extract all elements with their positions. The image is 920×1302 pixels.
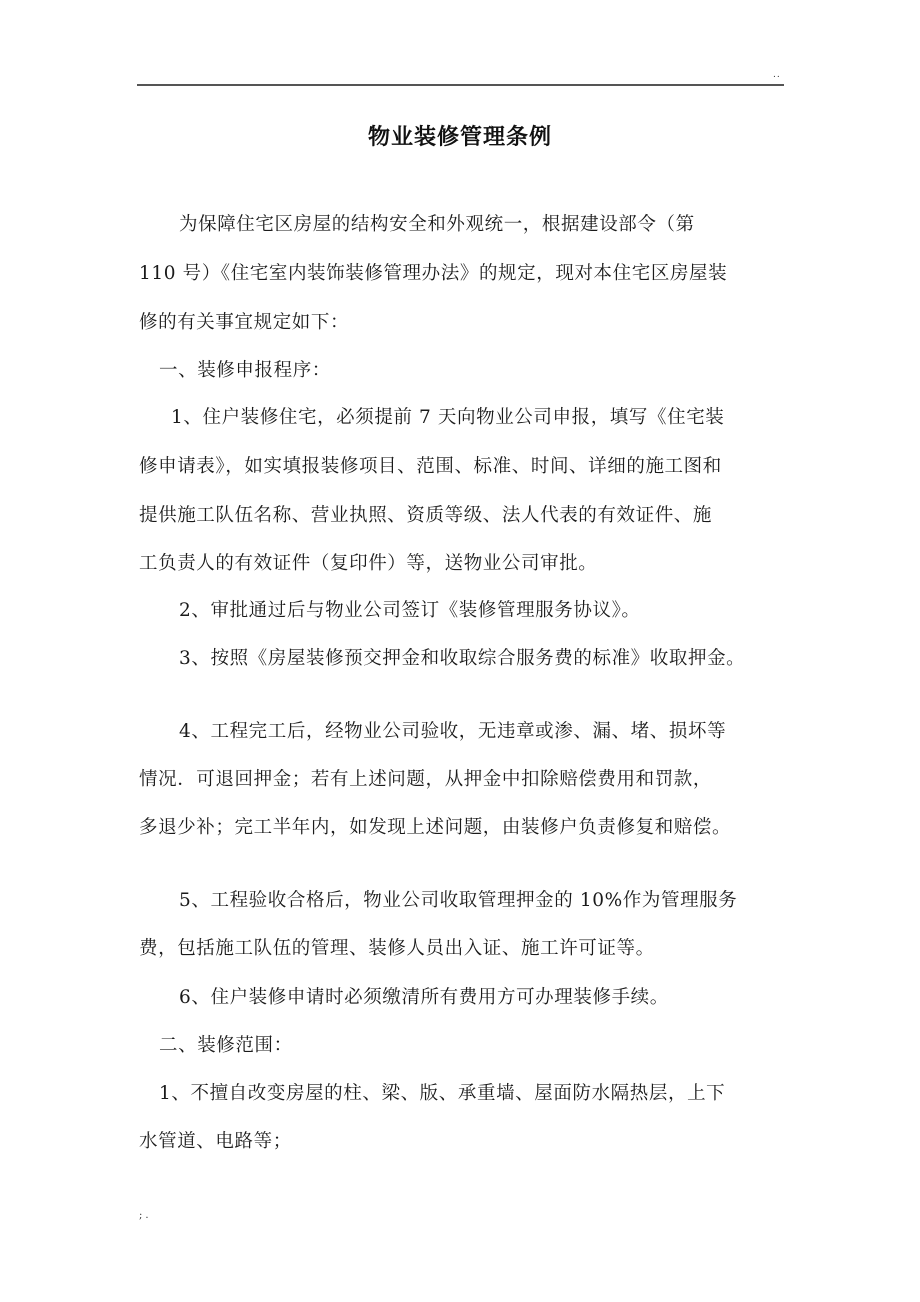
paragraph-line: 2、审批通过后与物业公司签订《装修管理服务协议》。 bbox=[179, 596, 641, 622]
paragraph-line: 1、住户装修住宅，必须提前 7 天向物业公司申报，填写《住宅装 bbox=[171, 403, 724, 429]
paragraph-line: 4、工程完工后，经物业公司验收，无违章或渗、漏、堵、损坏等 bbox=[179, 717, 726, 743]
paragraph-line: 110 号）《住宅室内装饰装修管理办法》的规定，现对本住宅区房屋装 bbox=[139, 259, 727, 285]
paragraph-line: 多退少补；完工半年内，如发现上述问题，由装修户负责修复和赔偿。 bbox=[139, 813, 731, 839]
paragraph-line: 费，包括施工队伍的管理、装修人员出入证、施工许可证等。 bbox=[139, 934, 655, 960]
paragraph-line: 5、工程验收合格后，物业公司收取管理押金的 10%作为管理服务 bbox=[179, 886, 737, 912]
document-title: 物业装修管理条例 bbox=[0, 120, 920, 151]
paragraph-line: 水管道、电路等； bbox=[139, 1127, 292, 1153]
paragraph-line: 修的有关事宜规定如下： bbox=[139, 308, 349, 334]
paragraph-line: 6、住户装修申请时必须缴清所有费用方可办理装修手续。 bbox=[179, 983, 669, 1009]
paragraph-line: 工负责人的有效证件（复印件）等，送物业公司审批。 bbox=[139, 549, 597, 575]
section-heading: 一、装修申报程序： bbox=[159, 356, 331, 382]
paragraph-line: 情况．可退回押金；若有上述问题，从押金中扣除赔偿费用和罚款， bbox=[139, 765, 712, 791]
header-rule bbox=[137, 84, 784, 86]
paragraph-line: 为保障住宅区房屋的结构安全和外观统一，根据建设部令（第 bbox=[179, 210, 695, 236]
paragraph-line: 提供施工队伍名称、营业执照、资质等级、法人代表的有效证件、施 bbox=[139, 501, 712, 527]
header-mark: .. bbox=[773, 70, 781, 80]
paragraph-line: 修申请表》，如实填报装修项目、范围、标准、时间、详细的施工图和 bbox=[139, 452, 722, 478]
section-heading: 二、装修范围： bbox=[159, 1031, 293, 1057]
paragraph-line: 3、按照《房屋装修预交押金和收取综合服务费的标准》收取押金。 bbox=[179, 644, 745, 670]
paragraph-line: 1、不擅自改变房屋的柱、梁、版、承重墙、屋面防水隔热层，上下 bbox=[159, 1079, 725, 1105]
footer-mark: ;. bbox=[139, 1210, 152, 1221]
